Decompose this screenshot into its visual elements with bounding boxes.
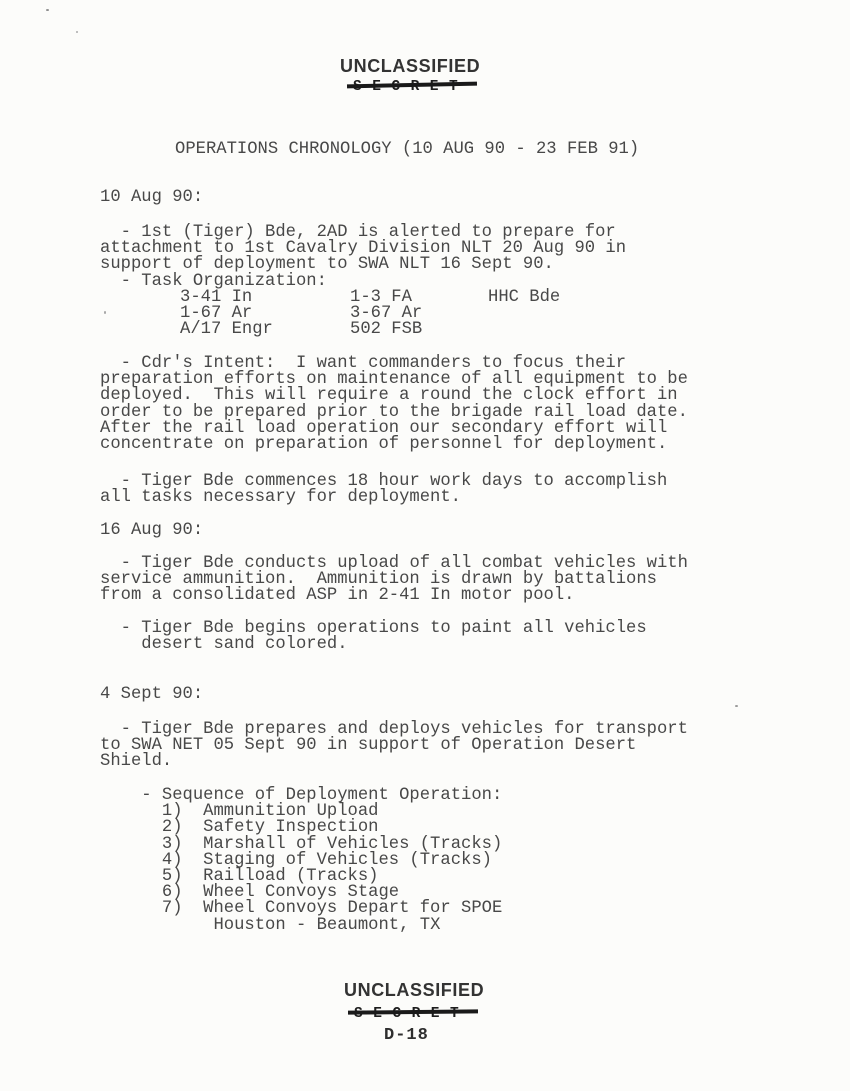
paragraph-cdrs-intent: - Cdr's Intent: I want commanders to foc… [100,356,830,453]
document-title: OPERATIONS CHRONOLOGY (10 AUG 90 - 23 FE… [175,142,735,158]
scan-speck [735,705,738,707]
page-number: D-18 [384,1026,429,1045]
task-org-cell: 502 FSB [350,322,488,338]
paragraph-ammo-upload: - Tiger Bde conducts upload of all comba… [100,556,830,605]
classification-header: UNCLASSIFIED [340,56,480,77]
paragraph-deployment-sequence-list: - Sequence of Deployment Operation: 1) A… [100,788,830,934]
section-date-heading: 10 Aug 90: [100,190,830,206]
classification-stamp-header: SECRET [353,77,468,95]
section-date-heading: 4 Sept 90: [100,687,830,703]
task-org-cell: A/17 Engr [180,322,350,338]
paragraph-alert-task-org: - 1st (Tiger) Bde, 2AD is alerted to pre… [100,225,830,290]
paragraph-deploy-transport: - Tiger Bde prepares and deploys vehicle… [100,722,830,771]
section-date-heading: 16 Aug 90: [100,523,830,539]
task-org-cell: HHC Bde [488,290,560,306]
table-row: A/17 Engr 502 FSB [180,322,560,338]
task-organization-table: 3-41 In 1-3 FA HHC Bde 1-67 Ar 3-67 Ar A… [100,290,560,339]
classification-stamp-footer: SECRET [354,1004,469,1022]
scanned-document-page: UNCLASSIFIED SECRET OPERATIONS CHRONOLOG… [0,0,850,1091]
paragraph-work-days: - Tiger Bde commences 18 hour work days … [100,474,830,506]
scan-speck [46,9,49,11]
classification-footer: UNCLASSIFIED [344,980,484,1001]
paragraph-paint-vehicles: - Tiger Bde begins operations to paint a… [100,621,830,653]
scan-speck [76,31,78,33]
